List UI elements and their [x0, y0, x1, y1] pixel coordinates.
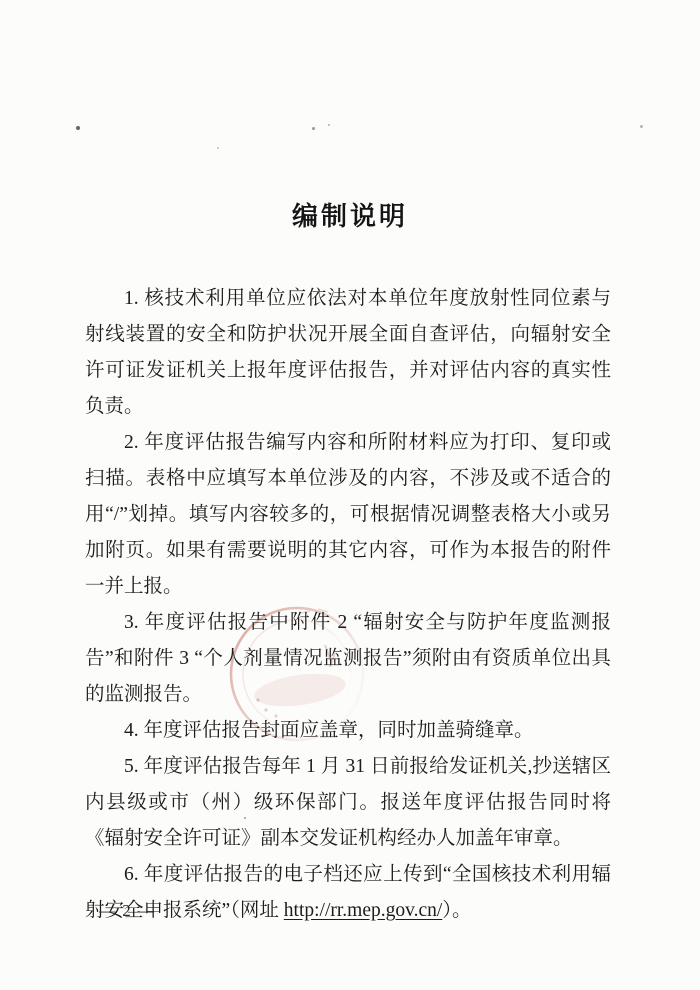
scan-speck: [217, 147, 219, 149]
scanned-page: 编制说明 1. 核技术利用单位应依法对本单位年度放射性同位素与射线装置的安全和防…: [0, 0, 700, 990]
scan-speck: [312, 127, 315, 130]
paragraph-4: 4. 年度评估报告封面应盖章，同时加盖骑缝章。: [85, 713, 611, 749]
report-system-url: http://rr.mep.gov.cn/: [284, 900, 443, 921]
paragraph-2: 2. 年度评估报告编写内容和所附材料应为打印、复印或扫描。表格中应填写本单位涉及…: [85, 425, 611, 605]
scan-speck: [640, 125, 643, 128]
paragraph-1: 1. 核技术利用单位应依法对本单位年度放射性同位素与射线装置的安全和防护状况开展…: [85, 281, 611, 425]
document-title: 编制说明: [0, 196, 700, 233]
paragraph-3: 3. 年度评估报告中附件 2 “辐射安全与防护年度监测报告”和附件 3 “个人剂…: [85, 605, 611, 713]
paragraph-6-text: ）。: [442, 900, 471, 921]
page-number: — 2 —: [99, 901, 155, 921]
paragraph-5: 5. 年度评估报告每年 1 月 31 日前报给发证机关,抄送辖区内县级或市（州）…: [85, 749, 611, 857]
scan-speck: [328, 124, 330, 126]
scan-speck: [76, 126, 80, 130]
document-body: 1. 核技术利用单位应依法对本单位年度放射性同位素与射线装置的安全和防护状况开展…: [85, 281, 611, 929]
paragraph-6: 6. 年度评估报告的电子档还应上传到“全国核技术利用辐射安全申报系统”（网址 h…: [85, 857, 611, 929]
